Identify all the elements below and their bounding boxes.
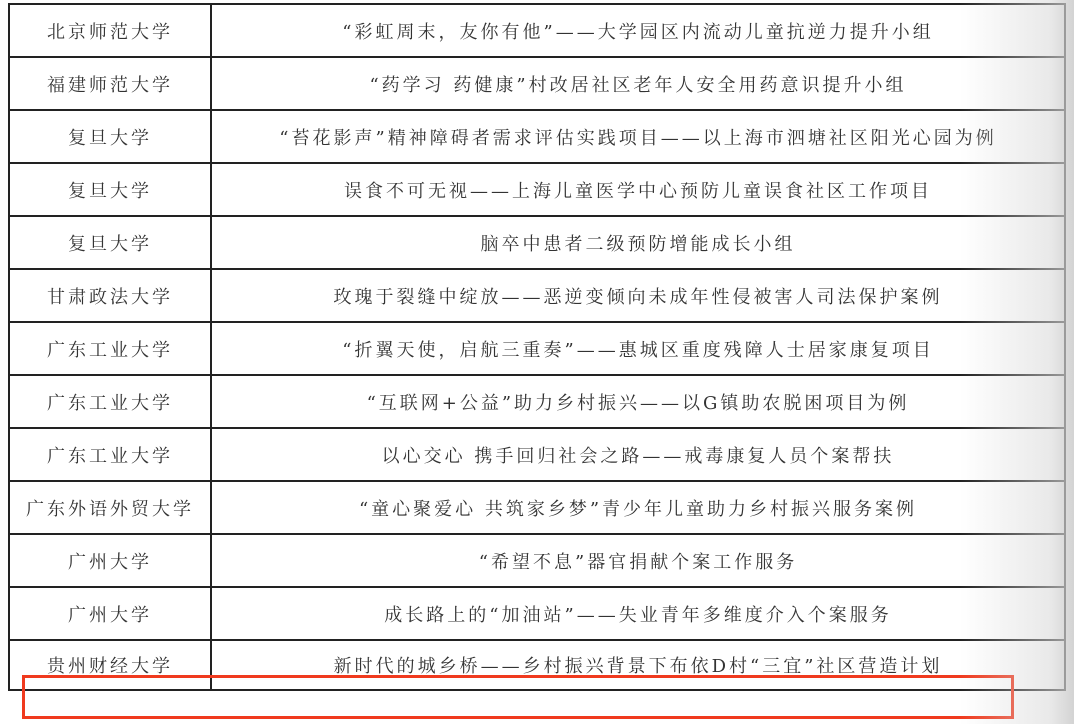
school-cell: 广东外语外贸大学: [9, 481, 211, 534]
table-row: 复旦大学 误食不可无视——上海儿童医学中心预防儿童误食社区工作项目: [9, 163, 1065, 216]
project-cell: 误食不可无视——上海儿童医学中心预防儿童误食社区工作项目: [211, 163, 1065, 216]
school-cell: 广东工业大学: [9, 375, 211, 428]
project-cell: 脑卒中患者二级预防增能成长小组: [211, 216, 1065, 269]
project-cell: 成长路上的“加油站”——失业青年多维度介入个案服务: [211, 587, 1065, 640]
table-row: 福建师范大学 “药学习 药健康”村改居社区老年人安全用药意识提升小组: [9, 57, 1065, 110]
school-cell: 贵州财经大学: [9, 640, 211, 690]
table-row: 复旦大学 “苔花影声”精神障碍者需求评估实践项目——以上海市泗塘社区阳光心园为例: [9, 110, 1065, 163]
project-cell: 以心交心 携手回归社会之路——戒毒康复人员个案帮扶: [211, 428, 1065, 481]
project-cell: “药学习 药健康”村改居社区老年人安全用药意识提升小组: [211, 57, 1065, 110]
school-cell: 北京师范大学: [9, 4, 211, 57]
table-row: 广东外语外贸大学 “童心聚爱心 共筑家乡梦”青少年儿童助力乡村振兴服务案例: [9, 481, 1065, 534]
school-cell: 广州大学: [9, 587, 211, 640]
table-row: 北京师范大学 “彩虹周末，友你有他”——大学园区内流动儿童抗逆力提升小组: [9, 4, 1065, 57]
table-row: 广东工业大学 以心交心 携手回归社会之路——戒毒康复人员个案帮扶: [9, 428, 1065, 481]
project-cell: “折翼天使，启航三重奏”——惠城区重度残障人士居家康复项目: [211, 322, 1065, 375]
school-cell: 复旦大学: [9, 216, 211, 269]
table-row: 广州大学 “希望不息”器官捐献个案工作服务: [9, 534, 1065, 587]
project-cell: 新时代的城乡桥——乡村振兴背景下布依D村“三宜”社区营造计划: [211, 640, 1065, 690]
project-cell: “互联网+公益”助力乡村振兴——以G镇助农脱困项目为例: [211, 375, 1065, 428]
project-cell: “童心聚爱心 共筑家乡梦”青少年儿童助力乡村振兴服务案例: [211, 481, 1065, 534]
project-cell: 玫瑰于裂缝中绽放——恶逆变倾向未成年性侵被害人司法保护案例: [211, 269, 1065, 322]
table-row: 广州大学 成长路上的“加油站”——失业青年多维度介入个案服务: [9, 587, 1065, 640]
school-cell: 复旦大学: [9, 110, 211, 163]
school-cell: 甘肃政法大学: [9, 269, 211, 322]
project-cell: “希望不息”器官捐献个案工作服务: [211, 534, 1065, 587]
school-cell: 广州大学: [9, 534, 211, 587]
table-row-highlighted: 贵州财经大学 新时代的城乡桥——乡村振兴背景下布依D村“三宜”社区营造计划: [9, 640, 1065, 690]
table-row: 广东工业大学 “互联网+公益”助力乡村振兴——以G镇助农脱困项目为例: [9, 375, 1065, 428]
school-cell: 福建师范大学: [9, 57, 211, 110]
school-cell: 广东工业大学: [9, 322, 211, 375]
school-cell: 复旦大学: [9, 163, 211, 216]
project-cell: “苔花影声”精神障碍者需求评估实践项目——以上海市泗塘社区阳光心园为例: [211, 110, 1065, 163]
table-row: 甘肃政法大学 玫瑰于裂缝中绽放——恶逆变倾向未成年性侵被害人司法保护案例: [9, 269, 1065, 322]
awards-table: 北京师范大学 “彩虹周末，友你有他”——大学园区内流动儿童抗逆力提升小组 福建师…: [8, 3, 1066, 691]
table-row: 广东工业大学 “折翼天使，启航三重奏”——惠城区重度残障人士居家康复项目: [9, 322, 1065, 375]
table-row: 复旦大学 脑卒中患者二级预防增能成长小组: [9, 216, 1065, 269]
project-cell: “彩虹周末，友你有他”——大学园区内流动儿童抗逆力提升小组: [211, 4, 1065, 57]
school-cell: 广东工业大学: [9, 428, 211, 481]
